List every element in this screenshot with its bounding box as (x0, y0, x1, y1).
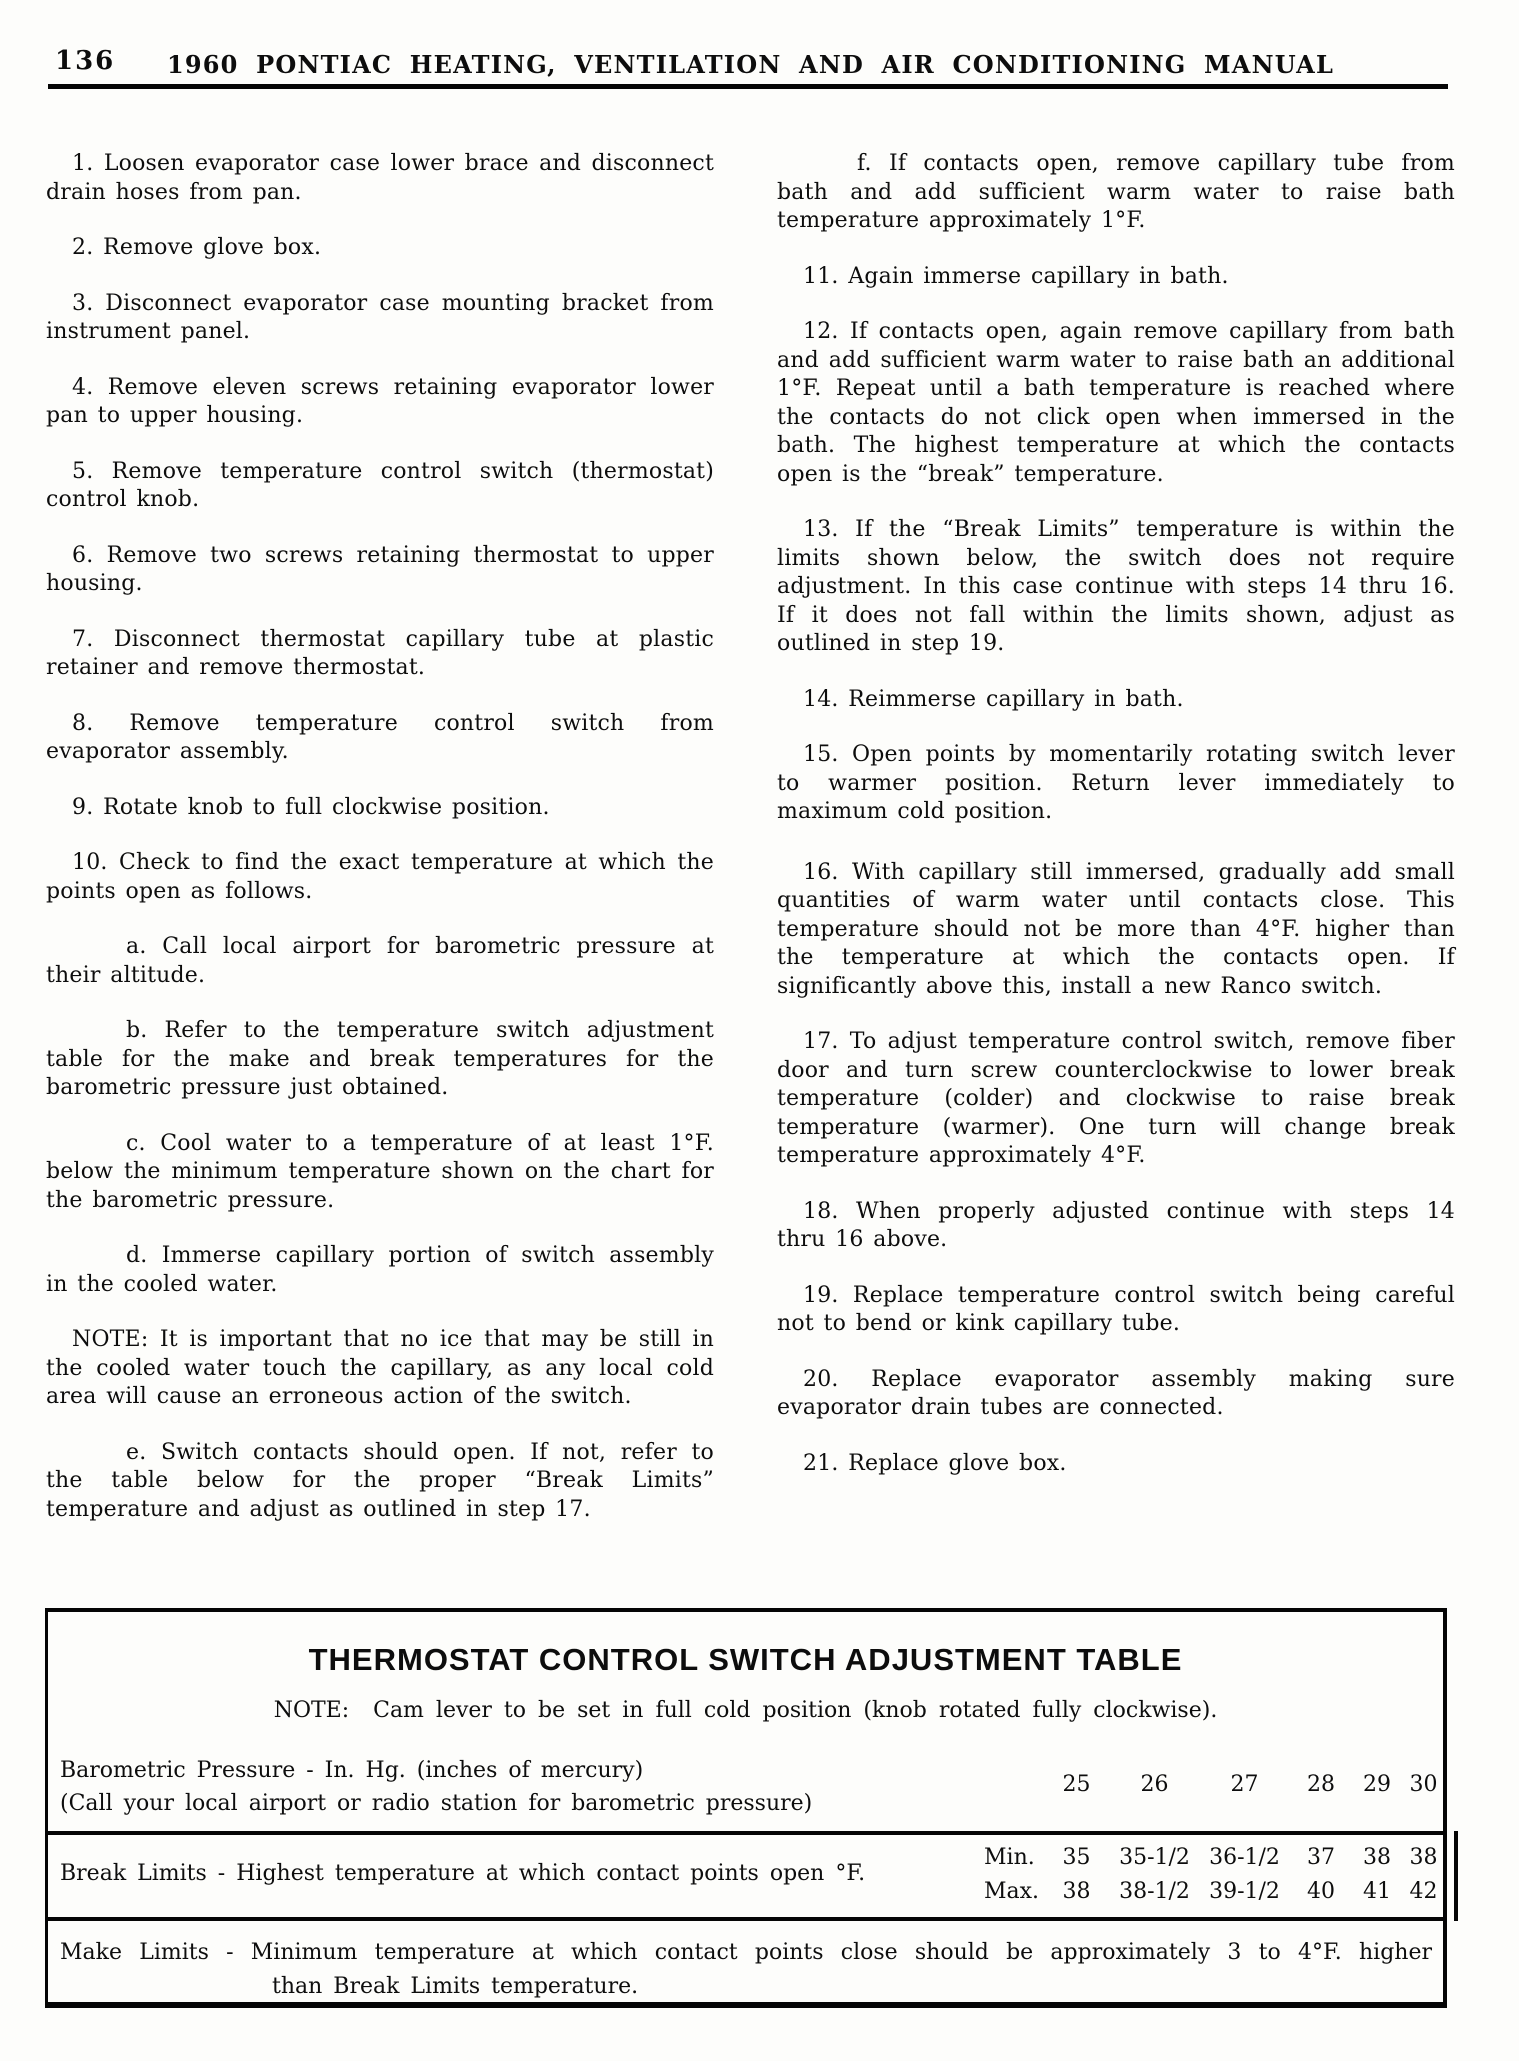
pressure-value: 27 (1200, 1772, 1289, 1797)
right-column: f. If contacts open, remove capillary tu… (777, 150, 1455, 1505)
max-label: Max. (984, 1879, 1039, 1904)
substep-paragraph: c. Cool water to a temperature of at lea… (46, 1130, 714, 1216)
step-paragraph: 2. Remove glove box. (46, 234, 714, 263)
make-limits-line1: Make Limits - Minimum temperature at whi… (60, 1940, 1432, 1965)
row-divider (45, 1917, 1447, 1921)
substep-paragraph: a. Call local airport for barometric pre… (46, 933, 714, 990)
step-paragraph: 4. Remove eleven screws retaining evapor… (46, 374, 714, 431)
substep-paragraph: f. If contacts open, remove capillary tu… (777, 150, 1455, 236)
break-max-value: 41 (1353, 1879, 1401, 1904)
break-min-values-row: 35 35-1/2 36-1/2 37 38 38 (1044, 1845, 1446, 1870)
left-column: 1. Loosen evaporator case lower brace an… (46, 150, 714, 1551)
pressure-label-line2: (Call your local airport or radio statio… (60, 1791, 812, 1816)
step-paragraph: 11. Again immerse capillary in bath. (777, 263, 1455, 292)
pressure-values-row: 25 26 27 28 29 30 (1044, 1772, 1446, 1797)
pressure-value: 25 (1044, 1772, 1109, 1797)
substep-paragraph: d. Immerse capillary portion of switch a… (46, 1242, 714, 1299)
header-title: 1960 PONTIAC HEATING, VENTILATION AND AI… (0, 50, 1501, 79)
step-paragraph: 8. Remove temperature control switch fro… (46, 710, 714, 767)
step-paragraph: 21. Replace glove box. (777, 1450, 1455, 1479)
note-paragraph: NOTE: It is important that no ice that m… (46, 1326, 714, 1412)
pressure-label-line1: Barometric Pressure - In. Hg. (inches of… (60, 1758, 643, 1783)
step-paragraph: 6. Remove two screws retaining thermosta… (46, 542, 714, 599)
step-paragraph: 17. To adjust temperature control switch… (777, 1028, 1455, 1171)
substep-paragraph: b. Refer to the temperature switch adjus… (46, 1017, 714, 1103)
header-rule (48, 84, 1448, 89)
break-max-values-row: 38 38-1/2 39-1/2 40 41 42 (1044, 1879, 1446, 1904)
break-min-value: 35 (1044, 1845, 1109, 1870)
table-title: THERMOSTAT CONTROL SWITCH ADJUSTMENT TAB… (48, 1642, 1443, 1678)
substep-paragraph: e. Switch contacts should open. If not, … (46, 1439, 714, 1525)
step-paragraph: 18. When properly adjusted continue with… (777, 1198, 1455, 1255)
step-paragraph: 9. Rotate knob to full clockwise positio… (46, 794, 714, 823)
min-label: Min. (984, 1845, 1035, 1870)
step-paragraph: 10. Check to find the exact temperature … (46, 849, 714, 906)
pressure-value: 26 (1109, 1772, 1200, 1797)
break-min-value: 38 (1401, 1845, 1446, 1870)
break-max-value: 38-1/2 (1109, 1879, 1200, 1904)
manual-page: 136 1960 PONTIAC HEATING, VENTILATION AN… (0, 0, 1519, 2061)
table-note: NOTE: Cam lever to be set in full cold p… (48, 1698, 1443, 1723)
break-min-value: 38 (1353, 1845, 1401, 1870)
row-divider (45, 1831, 1447, 1835)
break-max-value: 38 (1044, 1879, 1109, 1904)
step-paragraph: 15. Open points by momentarily rotating … (777, 741, 1455, 827)
step-paragraph: 19. Replace temperature control switch b… (777, 1282, 1455, 1339)
step-paragraph: 3. Disconnect evaporator case mounting b… (46, 290, 714, 347)
step-paragraph: 1. Loosen evaporator case lower brace an… (46, 150, 714, 207)
break-limits-label: Break Limits - Highest temperature at wh… (60, 1861, 865, 1886)
pressure-value: 30 (1401, 1772, 1446, 1797)
adjustment-table: THERMOSTAT CONTROL SWITCH ADJUSTMENT TAB… (45, 1608, 1447, 2008)
break-min-value: 36-1/2 (1200, 1845, 1289, 1870)
break-row-right-rule (1454, 1831, 1458, 1921)
step-paragraph: 5. Remove temperature control switch (th… (46, 458, 714, 515)
pressure-value: 29 (1353, 1772, 1401, 1797)
step-paragraph: 14. Reimmerse capillary in bath. (777, 686, 1455, 715)
make-limits-line2: than Break Limits temperature. (272, 1974, 638, 1999)
pressure-value: 28 (1289, 1772, 1353, 1797)
step-paragraph: 12. If contacts open, again remove capil… (777, 318, 1455, 489)
step-paragraph: 20. Replace evaporator assembly making s… (777, 1366, 1455, 1423)
step-paragraph: 13. If the “Break Limits” temperature is… (777, 516, 1455, 659)
break-max-value: 42 (1401, 1879, 1446, 1904)
break-max-value: 39-1/2 (1200, 1879, 1289, 1904)
step-paragraph: 16. With capillary still immersed, gradu… (777, 859, 1455, 1002)
break-min-value: 37 (1289, 1845, 1353, 1870)
break-max-value: 40 (1289, 1879, 1353, 1904)
break-min-value: 35-1/2 (1109, 1845, 1200, 1870)
step-paragraph: 7. Disconnect thermostat capillary tube … (46, 626, 714, 683)
